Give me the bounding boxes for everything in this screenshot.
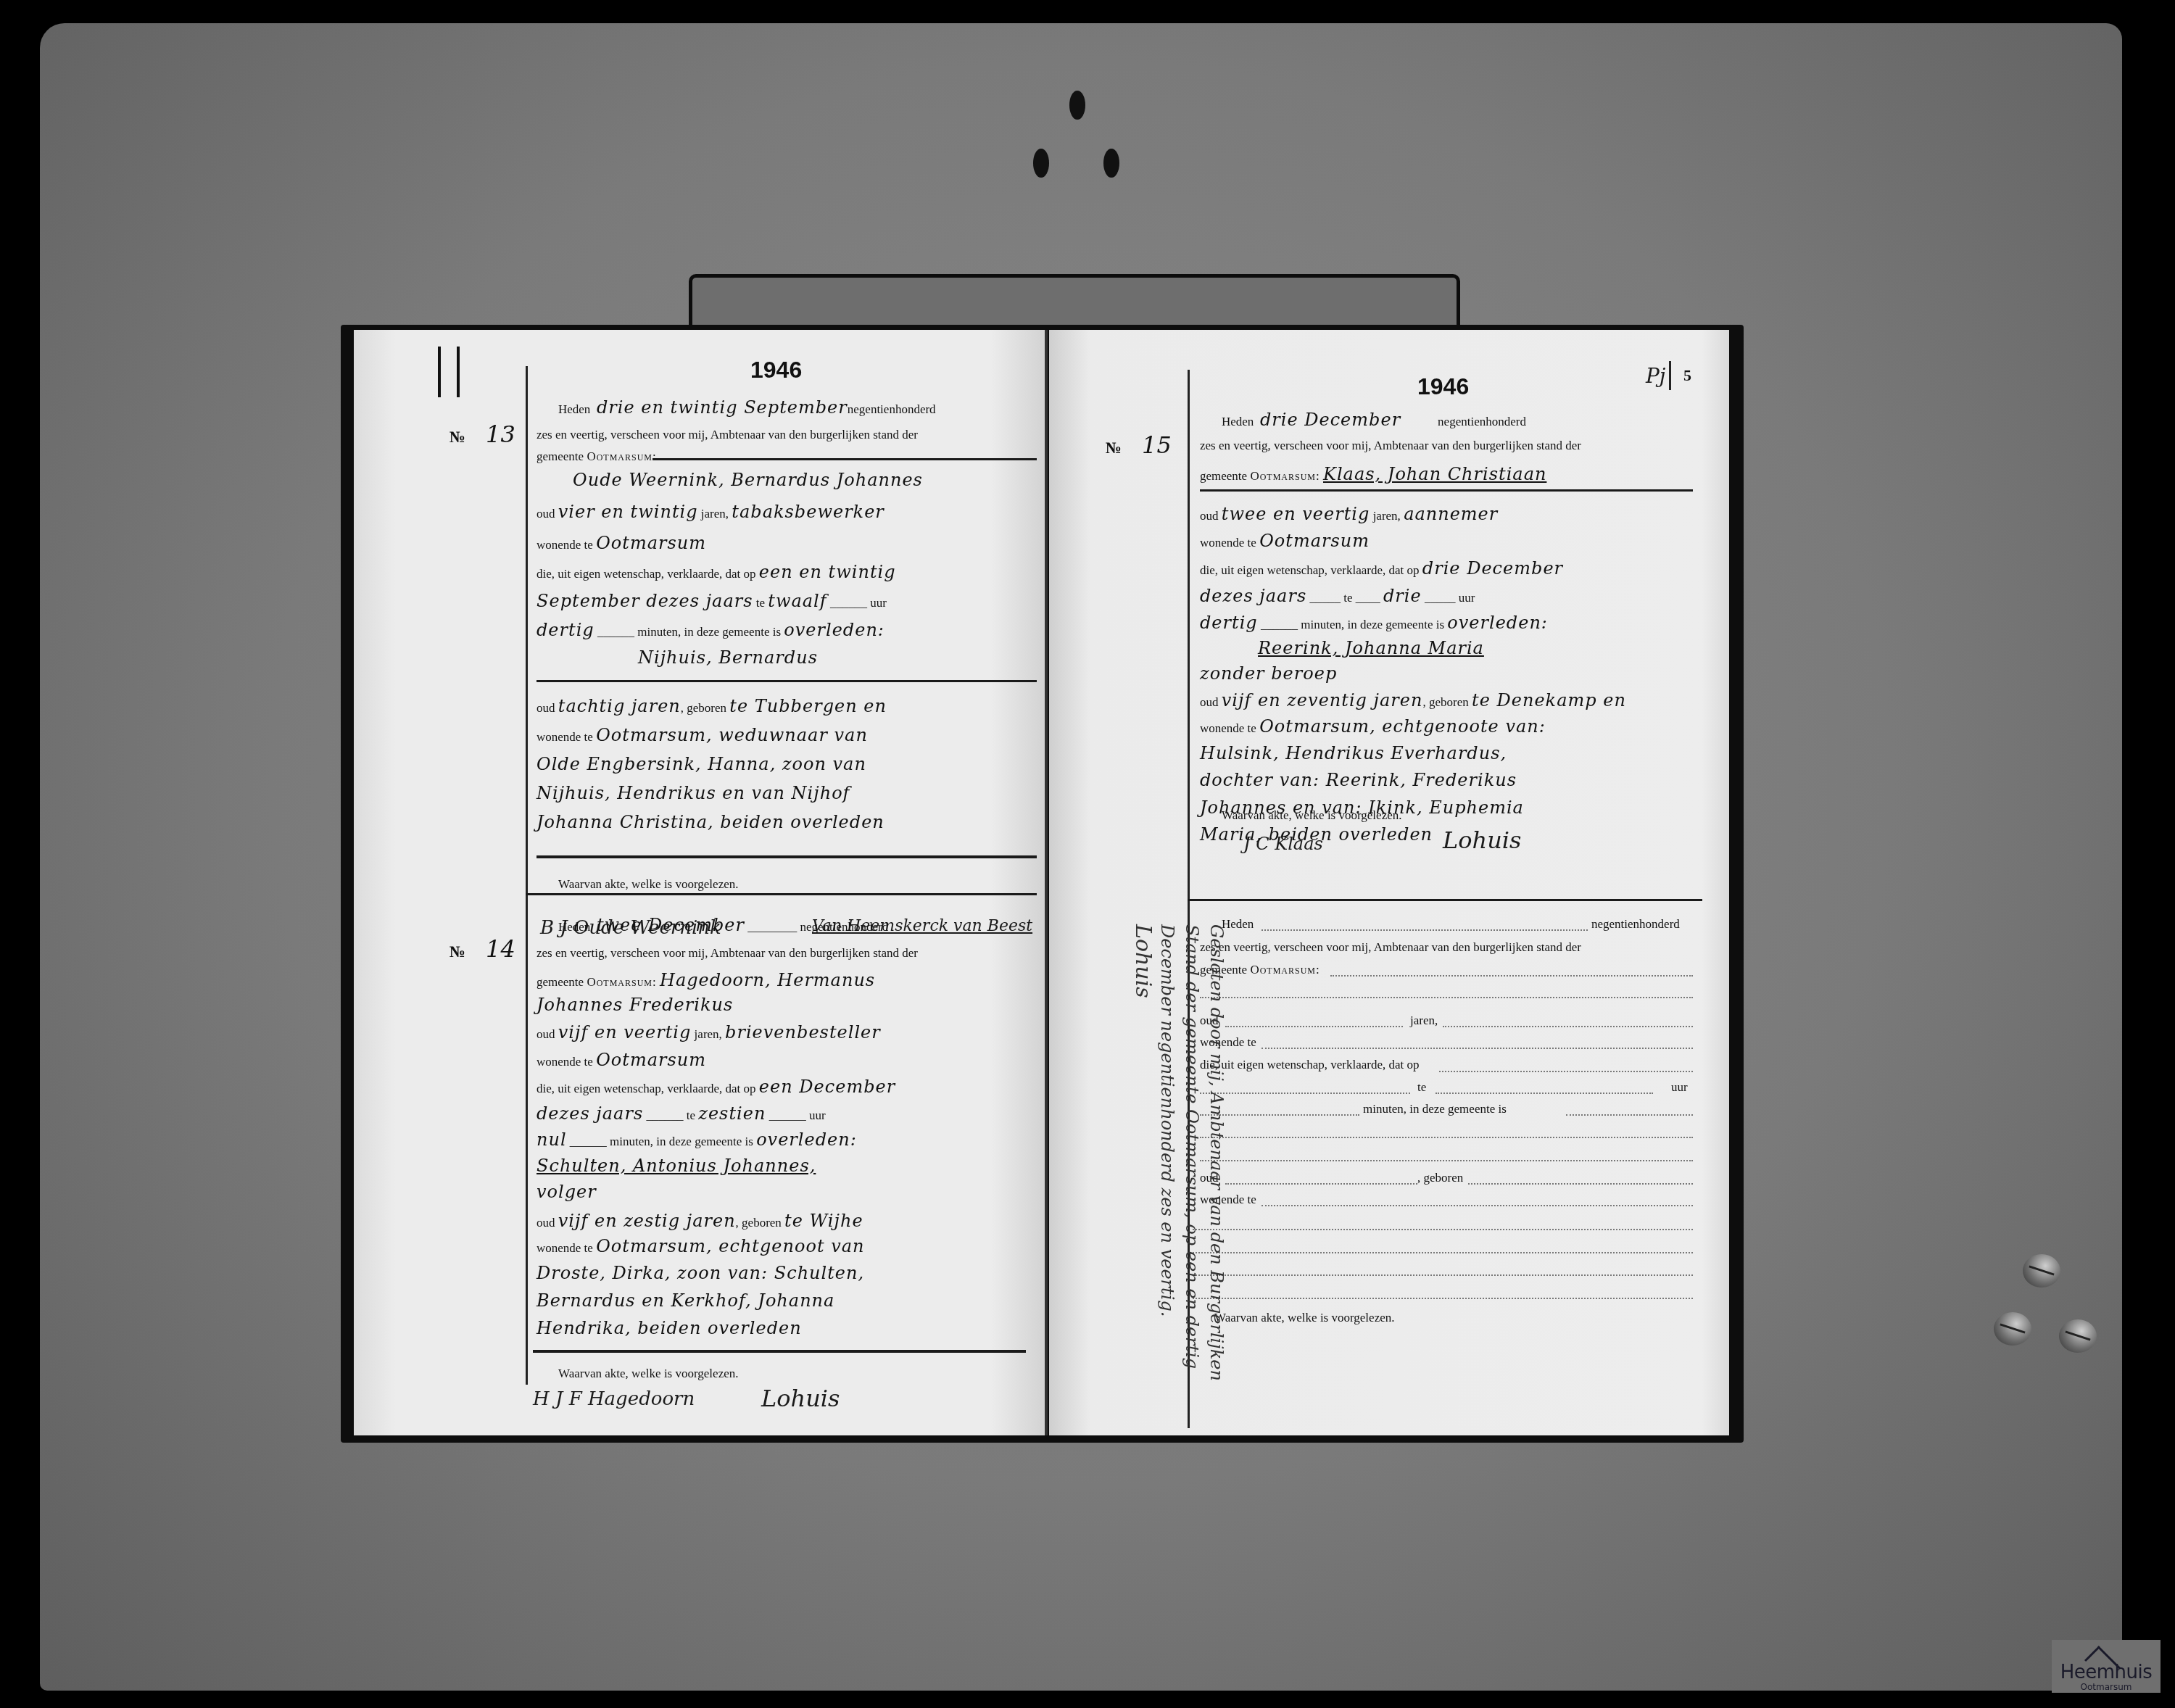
deceased-occupation: volger [536, 1182, 597, 1202]
form-line: zes en veertig, verscheen voor mij, Ambt… [1200, 439, 1581, 453]
form-line: , geboren [1417, 1171, 1463, 1185]
declarant-residence-line: wonende te Ootmarsum [536, 533, 706, 553]
death-time-line: dezes jaars ______ te zestien ______ uur [536, 1103, 826, 1124]
form-line: jaren, [1410, 1013, 1438, 1028]
board-hole [1069, 91, 1085, 120]
book-spine [1045, 330, 1048, 1435]
detail-line: Olde Engbersink, Hanna, zoon van [536, 754, 866, 774]
blank-field [1200, 1137, 1693, 1138]
signature: Lohuis [1443, 826, 1521, 854]
record-15-date-line: Heden drie December negentienhonderd [1222, 410, 1526, 430]
death-date-line: die, uit eigen wetenschap, verklaarde, d… [536, 562, 896, 582]
page-initials: Pj [1646, 364, 1666, 388]
form-line: zes en veertig, verscheen voor mij, Ambt… [536, 946, 918, 961]
signature: Lohuis [1130, 924, 1156, 998]
record-number: №13 [449, 420, 515, 448]
fill-rule [536, 680, 1037, 682]
detail-line: Johanna Christina, beiden overleden [536, 812, 884, 832]
closing-formula: Waarvan akte, welke is voorgelezen. [558, 1367, 738, 1381]
page-number: 5 [1683, 366, 1691, 385]
year-header-left: 1946 [750, 357, 802, 384]
form-line: uur [1671, 1080, 1688, 1095]
form-line: minuten, in deze gemeente is [1363, 1102, 1507, 1116]
board-hole [1033, 149, 1049, 178]
death-time-line: dezes jaars _____ te ____ drie _____ uur [1200, 586, 1475, 606]
declarant-age-line: oud vijf en veertig jaren, brievenbestel… [536, 1022, 881, 1042]
record-number: №14 [449, 935, 515, 963]
blank-field [1435, 1093, 1653, 1094]
blank-field [1261, 929, 1588, 931]
fill-rule [1200, 489, 1693, 492]
death-minutes-line: dertig ______ minuten, in deze gemeente … [1200, 613, 1548, 633]
declarant-name-cont: Johannes Frederikus [536, 995, 733, 1015]
death-time-line: September dezes jaars te twaalf ______ u… [536, 591, 887, 611]
blank-field [1439, 1071, 1693, 1072]
form-line: gemeente Ootmarsum: [536, 449, 657, 464]
blank-field [1193, 1252, 1693, 1253]
death-minutes-line: dertig ______ minuten, in deze gemeente … [536, 620, 884, 640]
deceased-age-line: oud tachtig jaren, geboren te Tubbergen … [536, 696, 887, 716]
form-line: die, uit eigen wetenschap, verklaarde, d… [1200, 1058, 1420, 1072]
deceased-residence-line: wonende te Ootmarsum, echtgenoot van [536, 1236, 865, 1256]
signature: H J F Hagedoorn [533, 1388, 695, 1410]
blank-field [1225, 1183, 1417, 1185]
deceased-occupation: zonder beroep [1200, 663, 1337, 684]
blank-field [1468, 1183, 1693, 1185]
blank-field [1200, 997, 1693, 998]
blank-field [1261, 1205, 1693, 1206]
screw-icon [2059, 1319, 2097, 1353]
fill-rule [536, 855, 1037, 858]
declarant-age-line: oud vier en twintig jaren, tabaksbewerke… [536, 502, 884, 522]
fill-rule [533, 1350, 1026, 1353]
date-registered: drie en twintig September [597, 397, 848, 418]
death-date-line: die, uit eigen wetenschap, verklaarde, d… [536, 1077, 895, 1097]
form-line: zes en veertig, verscheen voor mij, Ambt… [1200, 940, 1581, 955]
board-slot [689, 274, 1460, 332]
heemhuis-logo: Heemhuis Ootmarsum [2052, 1640, 2160, 1693]
death-minutes-line: nul ______ minuten, in deze gemeente is … [536, 1129, 857, 1150]
signature: J C Klaas [1243, 834, 1323, 854]
blank-field [1193, 1229, 1693, 1230]
deceased-residence-line: wonende te Ootmarsum, weduwnaar van [536, 725, 868, 745]
record-separator [526, 893, 1037, 895]
detail-line: Bernardus en Kerkhof, Johanna [536, 1290, 834, 1311]
deceased-residence-line: wonende te Ootmarsum, echtgenoote van: [1200, 716, 1546, 737]
declarant-age-line: oud twee en veertig jaren, aannemer [1200, 504, 1498, 524]
detail-line: Hendrika, beiden overleden [536, 1318, 802, 1338]
deceased-age-line: oud vijf en zeventig jaren, geboren te D… [1200, 690, 1626, 710]
board-hole [1103, 149, 1119, 178]
year-header-right: 1946 [1417, 373, 1469, 400]
blank-field [1261, 1048, 1693, 1049]
blank-field [1566, 1114, 1693, 1116]
closing-margin-note: Gesloten door mij, Ambtenaar van den Bur… [1130, 924, 1229, 1388]
page-number-rule [1669, 361, 1671, 390]
declarant-residence-line: wonende te Ootmarsum [536, 1050, 706, 1070]
record-13-date-line: Heden drie en twintig Septembernegentien… [558, 397, 936, 418]
fill-rule [652, 458, 1037, 460]
closing-formula: Waarvan akte, welke is voorgelezen. [1222, 808, 1401, 823]
detail-line: dochter van: Reerink, Frederikus [1200, 770, 1517, 790]
form-line: negentienhonderd [1591, 917, 1680, 932]
closing-formula: Waarvan akte, welke is voorgelezen. [1214, 1311, 1394, 1325]
screw-icon [1994, 1312, 2031, 1346]
deceased-name: Nijhuis, Bernardus [638, 647, 818, 668]
blank-field [1200, 1093, 1410, 1094]
bookmark-marker [438, 347, 460, 397]
declarant-residence-line: wonende te Ootmarsum [1200, 531, 1370, 551]
blank-field [1193, 1298, 1693, 1299]
blank-field [1200, 1160, 1693, 1161]
detail-line: Droste, Dirka, zoon van: Schulten, [536, 1263, 864, 1283]
death-date-line: die, uit eigen wetenschap, verklaarde, d… [1200, 558, 1563, 579]
declarant-name: Oude Weernink, Bernardus Johannes [573, 470, 923, 490]
form-line: zes en veertig, verscheen voor mij, Ambt… [536, 428, 918, 442]
record-14-date-line: Heden twee December ________ negentienho… [558, 915, 888, 935]
screw-icon [2023, 1254, 2060, 1288]
record-number: №15 [1106, 431, 1172, 459]
deceased-age-line: oud vijf en zestig jaren, geboren te Wij… [536, 1211, 863, 1231]
closing-formula: Waarvan akte, welke is voorgelezen. [558, 877, 738, 892]
deceased-name: Schulten, Antonius Johannes, [536, 1156, 816, 1176]
deceased-name: Reerink, Johanna Maria [1258, 638, 1484, 658]
detail-line: Nijhuis, Hendrikus en van Nijhof [536, 783, 850, 803]
signature: Lohuis [761, 1385, 840, 1412]
blank-field [1443, 1026, 1693, 1027]
blank-field [1330, 975, 1693, 977]
form-line: gemeente Ootmarsum: Klaas, Johan Christi… [1200, 464, 1546, 484]
margin-rule [526, 366, 528, 1385]
blank-field [1193, 1274, 1693, 1276]
form-line: gemeente Ootmarsum: Hagedoorn, Hermanus [536, 970, 875, 990]
detail-line: Hulsink, Hendrikus Everhardus, [1200, 743, 1507, 763]
form-line: te [1417, 1080, 1426, 1095]
blank-field [1225, 1026, 1403, 1027]
record-separator [1188, 899, 1702, 901]
